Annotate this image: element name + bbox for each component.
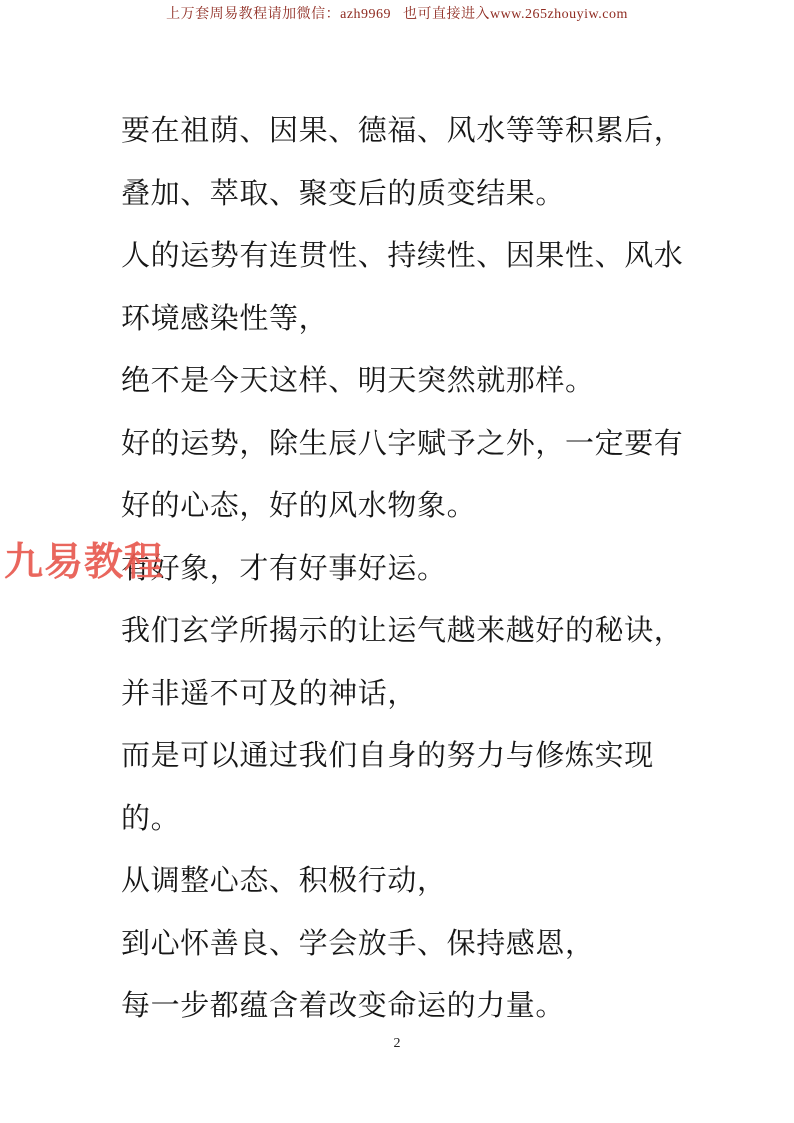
body-line: 而是可以通过我们自身的努力与修炼实现	[121, 725, 701, 788]
jiuyi-jiaocheng-watermark: 九易教程	[4, 541, 164, 585]
body-line: 环境感染性等，	[121, 288, 701, 351]
body-line: 每一步都蕴含着改变命运的力量。	[121, 975, 701, 1038]
document-page: 上万套周易教程请加微信：azh9969 也可直接进入www.265zhouyiw…	[0, 0, 794, 1123]
body-line: 绝不是今天这样、明天突然就那样。	[121, 350, 701, 413]
body-line: 要在祖荫、因果、德福、风水等等积累后，	[121, 100, 701, 163]
body-line: 有好象，才有好事好运。	[121, 538, 701, 601]
body-line: 从调整心态、积极行动，	[121, 850, 701, 913]
document-body: 要在祖荫、因果、德福、风水等等积累后， 叠加、萃取、聚变后的质变结果。 人的运势…	[121, 100, 701, 1038]
body-line: 人的运势有连贯性、持续性、因果性、风水	[121, 225, 701, 288]
body-line: 叠加、萃取、聚变后的质变结果。	[121, 163, 701, 226]
body-line: 我们玄学所揭示的让运气越来越好的秘诀，	[121, 600, 701, 663]
body-line: 到心怀善良、学会放手、保持感恩，	[121, 913, 701, 976]
page-number: 2	[0, 1036, 794, 1052]
promo-header-text: 上万套周易教程请加微信：azh9969 也可直接进入www.265zhouyiw…	[0, 3, 794, 23]
body-line: 好的运势，除生辰八字赋予之外，一定要有	[121, 413, 701, 476]
body-line: 的。	[121, 788, 701, 851]
body-line: 并非遥不可及的神话，	[121, 663, 701, 726]
body-line: 好的心态，好的风水物象。	[121, 475, 701, 538]
